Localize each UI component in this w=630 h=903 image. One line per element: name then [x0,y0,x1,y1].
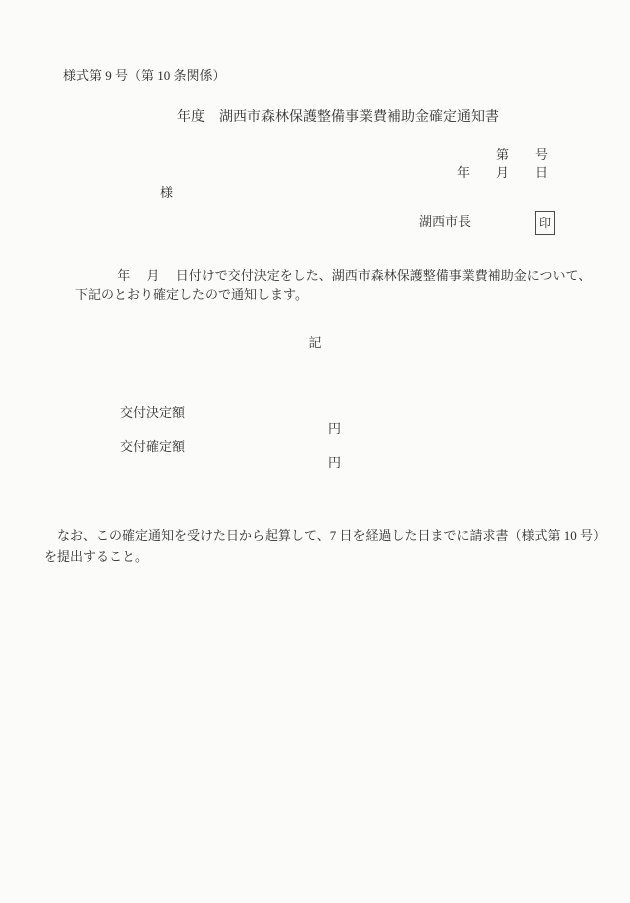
amount-label-confirmed: 交付確定額 [120,439,185,455]
document-number-line: 第 号 [0,147,548,163]
ki-marker: 記 [0,335,630,351]
body-paragraph-line2: 下記のとおり確定したので通知します。 [75,287,308,303]
amount-row-decided: 交付決定額 円 [0,389,630,405]
note-line2: を提出すること。 [44,549,148,565]
amount-unit-confirmed: 円 [328,455,341,471]
form-number: 様式第 9 号（第 10 条関係） [63,68,226,84]
seal-label: 印 [539,212,551,234]
issue-date-line: 年 月 日 [0,165,548,181]
document-title: 年度 湖西市森林保護整備事業費補助金確定通知書 [177,110,499,126]
amount-label-decided: 交付決定額 [120,405,185,421]
note-line1: なお、この確定通知を受けた日から起算して、7 日を経過した日までに請求書（様式第… [44,528,606,544]
document-page: 様式第 9 号（第 10 条関係） 年度 湖西市森林保護整備事業費補助金確定通知… [0,0,630,903]
amount-row-confirmed: 交付確定額 円 [0,423,630,439]
sender-title: 湖西市長 [419,214,471,230]
body-paragraph-line1: 年 月 日付けで交付決定をした、湖西市森林保護整備事業費補助金について、 [75,268,591,284]
addressee-honorific: 様 [160,185,173,201]
seal-box: 印 [535,211,555,235]
